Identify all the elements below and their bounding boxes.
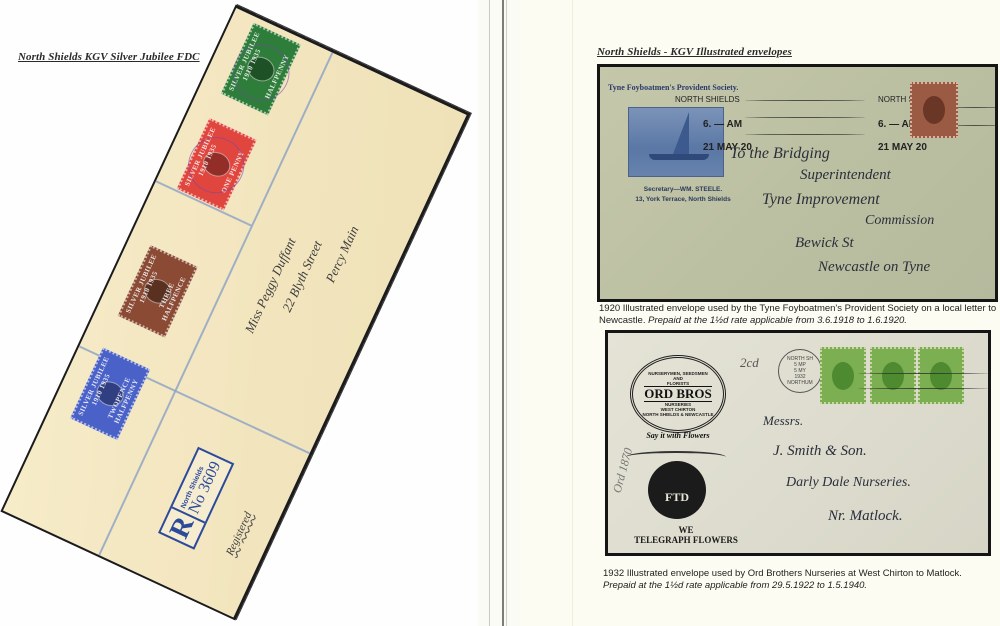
address-line: Percy Main bbox=[322, 223, 362, 285]
telegraph-line: TELEGRAPH FLOWERS bbox=[616, 535, 756, 545]
address-line: Newcastle on Tyne bbox=[818, 259, 930, 276]
kgv-halfpenny-stamp bbox=[870, 347, 916, 404]
kgv-halfpenny-stamp bbox=[820, 347, 866, 404]
registration-label: R North Shields No 3609 bbox=[158, 446, 234, 549]
king-portrait-icon bbox=[832, 362, 854, 390]
address-line: Darly Dale Nurseries. bbox=[786, 475, 911, 491]
page-title-right: North Shields - KGV Illustrated envelope… bbox=[597, 46, 792, 58]
foyboatmen-envelope: Tyne Foyboatmen's Provident Society. NOR… bbox=[597, 64, 998, 302]
king-portrait-icon bbox=[923, 96, 945, 124]
page-title-left: North Shields KGV Silver Jubilee FDC bbox=[18, 51, 200, 63]
postmark-town: NORTH SHIELDS bbox=[675, 95, 740, 104]
ftd-text: FTD bbox=[665, 490, 689, 505]
wavy-cancel-line bbox=[858, 388, 988, 390]
binding-line bbox=[506, 0, 507, 626]
kgv-halfpenny-stamp bbox=[918, 347, 964, 404]
ftd-badge: FTD bbox=[648, 461, 706, 519]
address-line: Messrs. bbox=[763, 413, 803, 429]
address-line: Superintendent bbox=[800, 167, 891, 184]
caption-rate-note: Prepaid at the 1½d rate applicable from … bbox=[648, 315, 907, 326]
address-line: J. Smith & Son. bbox=[773, 443, 867, 460]
sail-icon bbox=[673, 112, 689, 154]
address-line: Nr. Matlock. bbox=[828, 508, 903, 525]
logo-name: ORD BROS bbox=[644, 386, 712, 402]
address-line: Tyne Improvement bbox=[762, 191, 880, 209]
logo-region: NORTH SHIELDS & NEWCASTLE bbox=[642, 412, 713, 417]
circular-postmark: NORTH SH 5 MP 5 MY 1932 NORTHUM bbox=[778, 349, 822, 393]
society-name: Tyne Foyboatmen's Provident Society. bbox=[608, 83, 738, 92]
postmark-line: NORTHUM bbox=[787, 380, 812, 386]
stamp-three-halfpence: SILVER JUBILEE 1910 1935 THREE HALFPENCE bbox=[117, 244, 197, 337]
caption-envelope-1: 1920 Illustrated envelope used by the Ty… bbox=[599, 303, 999, 327]
cancel-date-right: 21 MAY 20 bbox=[878, 142, 927, 153]
binding-line bbox=[489, 0, 490, 626]
secretary-address: 13, York Terrace, North Shields bbox=[608, 195, 758, 205]
stamp-twopence-halfpenny: SILVER JUBILEE 1910 1935 TWOPENCE HALFPE… bbox=[70, 347, 150, 440]
kgv-penny-halfpenny-stamp bbox=[910, 82, 958, 138]
king-portrait-icon bbox=[930, 362, 952, 390]
side-pencil-note: Ord 1870 bbox=[610, 446, 636, 494]
telegraph-line: WE bbox=[616, 525, 756, 535]
album-binding bbox=[478, 0, 520, 626]
logo-slogan: Say it with Flowers bbox=[646, 431, 709, 440]
wavy-cancel-line bbox=[745, 117, 865, 119]
ord-bros-envelope: NURSERYMEN, SEEDSMEN AND FLORISTS ORD BR… bbox=[605, 330, 991, 556]
address-line: To the Bridging bbox=[730, 145, 830, 163]
secretary-info: Secretary—WM. STEELE. 13, York Terrace, … bbox=[608, 185, 758, 205]
page-fold bbox=[572, 0, 573, 626]
wavy-cancel-line bbox=[745, 100, 865, 102]
wavy-cancel-line bbox=[745, 134, 865, 136]
caption-text: 1932 Illustrated envelope used by Ord Br… bbox=[603, 568, 998, 580]
caption-rate-note: Prepaid at the 1½d rate applicable from … bbox=[603, 580, 867, 591]
wavy-cancel-line bbox=[858, 373, 988, 375]
caption-envelope-2: 1932 Illustrated envelope used by Ord Br… bbox=[603, 568, 998, 592]
registered-annotation: Registered bbox=[223, 510, 254, 557]
king-portrait-icon bbox=[882, 362, 904, 390]
pencil-note: 2cd bbox=[740, 355, 759, 371]
address-line: Commission bbox=[865, 213, 934, 229]
address-line: Bewick St bbox=[795, 235, 854, 252]
telegraph-flowers-text: WE TELEGRAPH FLOWERS bbox=[616, 525, 756, 545]
cancel-time: 6. — AM bbox=[703, 119, 742, 130]
secretary-name: Secretary—WM. STEELE. bbox=[608, 185, 758, 195]
ord-bros-logo: NURSERYMEN, SEEDSMEN AND FLORISTS ORD BR… bbox=[630, 355, 726, 433]
binding-line bbox=[502, 0, 504, 626]
boat-icon bbox=[649, 154, 709, 160]
